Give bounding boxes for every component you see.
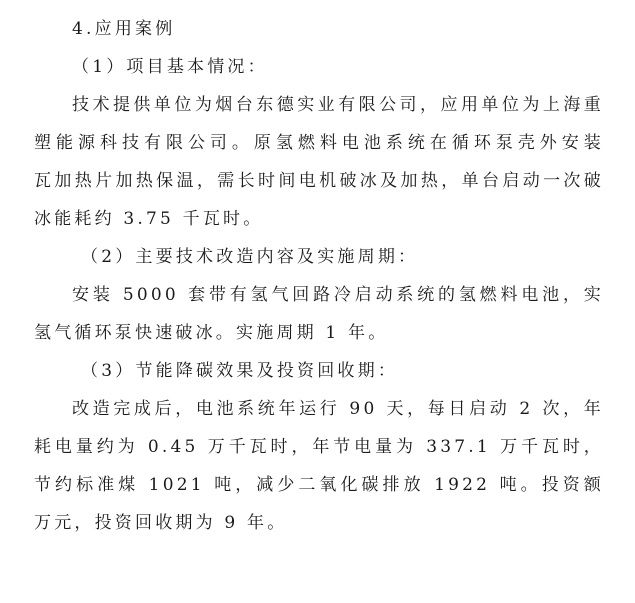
paragraph-line: 瓦加热片加热保温，需长时间电机破冰及加热，单台启动一次破: [34, 162, 604, 200]
subsection-3-heading: （3）节能降碳效果及投资回收期：: [34, 352, 604, 390]
paragraph-line: 改造完成后，电池系统年运行 90 天，每日启动 2 次，年总: [34, 390, 604, 428]
paragraph-line: 技术提供单位为烟台东德实业有限公司，应用单位为上海重: [34, 86, 604, 124]
section-heading: 4.应用案例: [34, 10, 604, 48]
paragraph-line: 万元，投资回收期为 9 年。: [34, 504, 604, 542]
paragraph-line: 氢气循环泵快速破冰。实施周期 1 年。: [34, 314, 604, 352]
subsection-2-heading: （2）主要技术改造内容及实施周期：: [34, 238, 604, 276]
subsection-1-heading: （1）项目基本情况：: [34, 48, 604, 86]
paragraph-line: 塑能源科技有限公司。原氢燃料电池系统在循环泵壳外安装 500: [34, 124, 604, 162]
document-body: 4.应用案例 （1）项目基本情况： 技术提供单位为烟台东德实业有限公司，应用单位…: [34, 10, 604, 542]
paragraph-line: 节约标准煤 1021 吨，减少二氧化碳排放 1922 吨。投资额为 3200: [34, 466, 604, 504]
paragraph-line: 安装 5000 套带有氢气回路冷启动系统的氢燃料电池，实现: [34, 276, 604, 314]
paragraph-line: 耗电量约为 0.45 万千瓦时，年节电量为 337.1 万千瓦时，折合年: [34, 428, 604, 466]
paragraph-line: 冰能耗约 3.75 千瓦时。: [34, 200, 604, 238]
